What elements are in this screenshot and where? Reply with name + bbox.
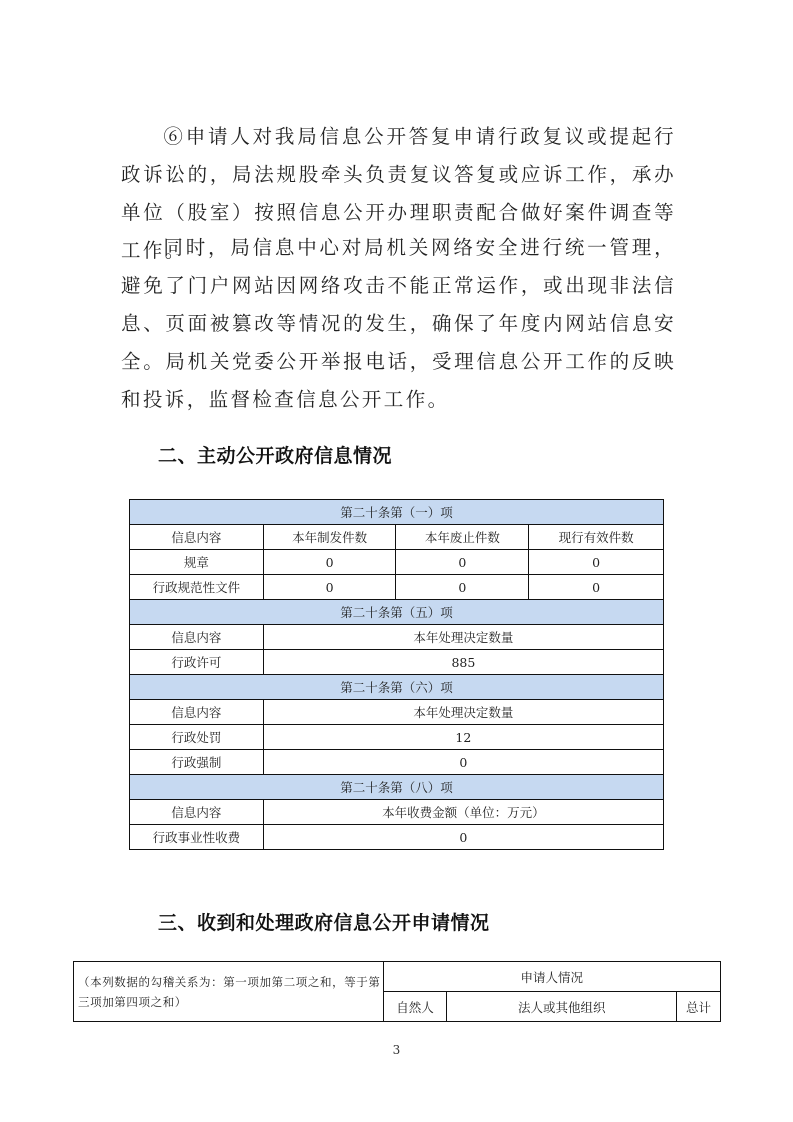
column-header: 总计 <box>677 992 721 1022</box>
row-label: 行政强制 <box>130 750 264 775</box>
column-header: 本年废止件数 <box>396 525 529 550</box>
cell-value: 0 <box>529 550 664 575</box>
paragraph-marker: ⑥ <box>163 125 186 148</box>
cell-value: 0 <box>263 575 396 600</box>
column-header: 本年处理决定数量 <box>263 700 663 725</box>
column-header: 信息内容 <box>130 625 264 650</box>
row-label: 行政处罚 <box>130 725 264 750</box>
section-title: 第二十条第（六）项 <box>130 675 664 700</box>
column-header: 法人或其他组织 <box>447 992 677 1022</box>
column-header: 本年处理决定数量 <box>263 625 663 650</box>
section-heading-proactive-disclosure: 二、主动公开政府信息情况 <box>158 441 392 468</box>
table-row: 行政许可 885 <box>130 650 664 675</box>
cell-value: 0 <box>396 550 529 575</box>
table-header-row: 信息内容 本年制发件数 本年废止件数 现行有效件数 <box>130 525 664 550</box>
section-title: 第二十条第（一）项 <box>130 500 664 525</box>
table-header-row: 信息内容 本年收费金额（单位：万元） <box>130 800 664 825</box>
column-header: 信息内容 <box>130 700 264 725</box>
column-header: 本年制发件数 <box>263 525 396 550</box>
column-header: 本年收费金额（单位：万元） <box>263 800 663 825</box>
cell-value: 885 <box>263 650 663 675</box>
column-header: 自然人 <box>383 992 447 1022</box>
table-header-row: （本列数据的勾稽关系为：第一项加第二项之和，等于第三项加第四项之和） 申请人情况 <box>74 962 721 992</box>
table-section-header: 第二十条第（一）项 <box>130 500 664 525</box>
section-title: 第二十条第（五）项 <box>130 600 664 625</box>
row-label: 行政规范性文件 <box>130 575 264 600</box>
section-heading-requests: 三、收到和处理政府信息公开申请情况 <box>158 908 490 935</box>
table-row: 行政强制 0 <box>130 750 664 775</box>
table-section-header: 第二十条第（六）项 <box>130 675 664 700</box>
column-header: 信息内容 <box>130 800 264 825</box>
document-page: ⑥申请人对我局信息公开答复申请行政复议或提起行政诉讼的，局法规股牵头负责复议答复… <box>0 0 793 1122</box>
cell-value: 0 <box>263 550 396 575</box>
table-note: （本列数据的勾稽关系为：第一项加第二项之和，等于第三项加第四项之和） <box>74 962 384 1022</box>
row-label: 规章 <box>130 550 264 575</box>
requests-table: （本列数据的勾稽关系为：第一项加第二项之和，等于第三项加第四项之和） 申请人情况… <box>73 961 721 1022</box>
cell-value: 0 <box>263 750 663 775</box>
group-header: 申请人情况 <box>383 962 721 992</box>
column-header: 信息内容 <box>130 525 264 550</box>
proactive-disclosure-table: 第二十条第（一）项 信息内容 本年制发件数 本年废止件数 现行有效件数 规章 0… <box>129 499 664 850</box>
table-header-row: 信息内容 本年处理决定数量 <box>130 625 664 650</box>
table-row: 行政规范性文件 0 0 0 <box>130 575 664 600</box>
table-section-header: 第二十条第（八）项 <box>130 775 664 800</box>
section-title: 第二十条第（八）项 <box>130 775 664 800</box>
column-header: 现行有效件数 <box>529 525 664 550</box>
table-header-row: 信息内容 本年处理决定数量 <box>130 700 664 725</box>
table-row: 行政处罚 12 <box>130 725 664 750</box>
cell-value: 12 <box>263 725 663 750</box>
row-label: 行政事业性收费 <box>130 825 264 850</box>
table-section-header: 第二十条第（五）项 <box>130 600 664 625</box>
cell-value: 0 <box>263 825 663 850</box>
paragraph-text: 同时，局信息中心对局机关网络安全进行统一管理，避免了门户网站因网络攻击不能正常运… <box>121 236 676 411</box>
paragraph-network-security: 同时，局信息中心对局机关网络安全进行统一管理，避免了门户网站因网络攻击不能正常运… <box>121 229 676 419</box>
table-row: 行政事业性收费 0 <box>130 825 664 850</box>
cell-value: 0 <box>529 575 664 600</box>
page-number: 3 <box>0 1043 793 1057</box>
table-row: 规章 0 0 0 <box>130 550 664 575</box>
cell-value: 0 <box>396 575 529 600</box>
row-label: 行政许可 <box>130 650 264 675</box>
